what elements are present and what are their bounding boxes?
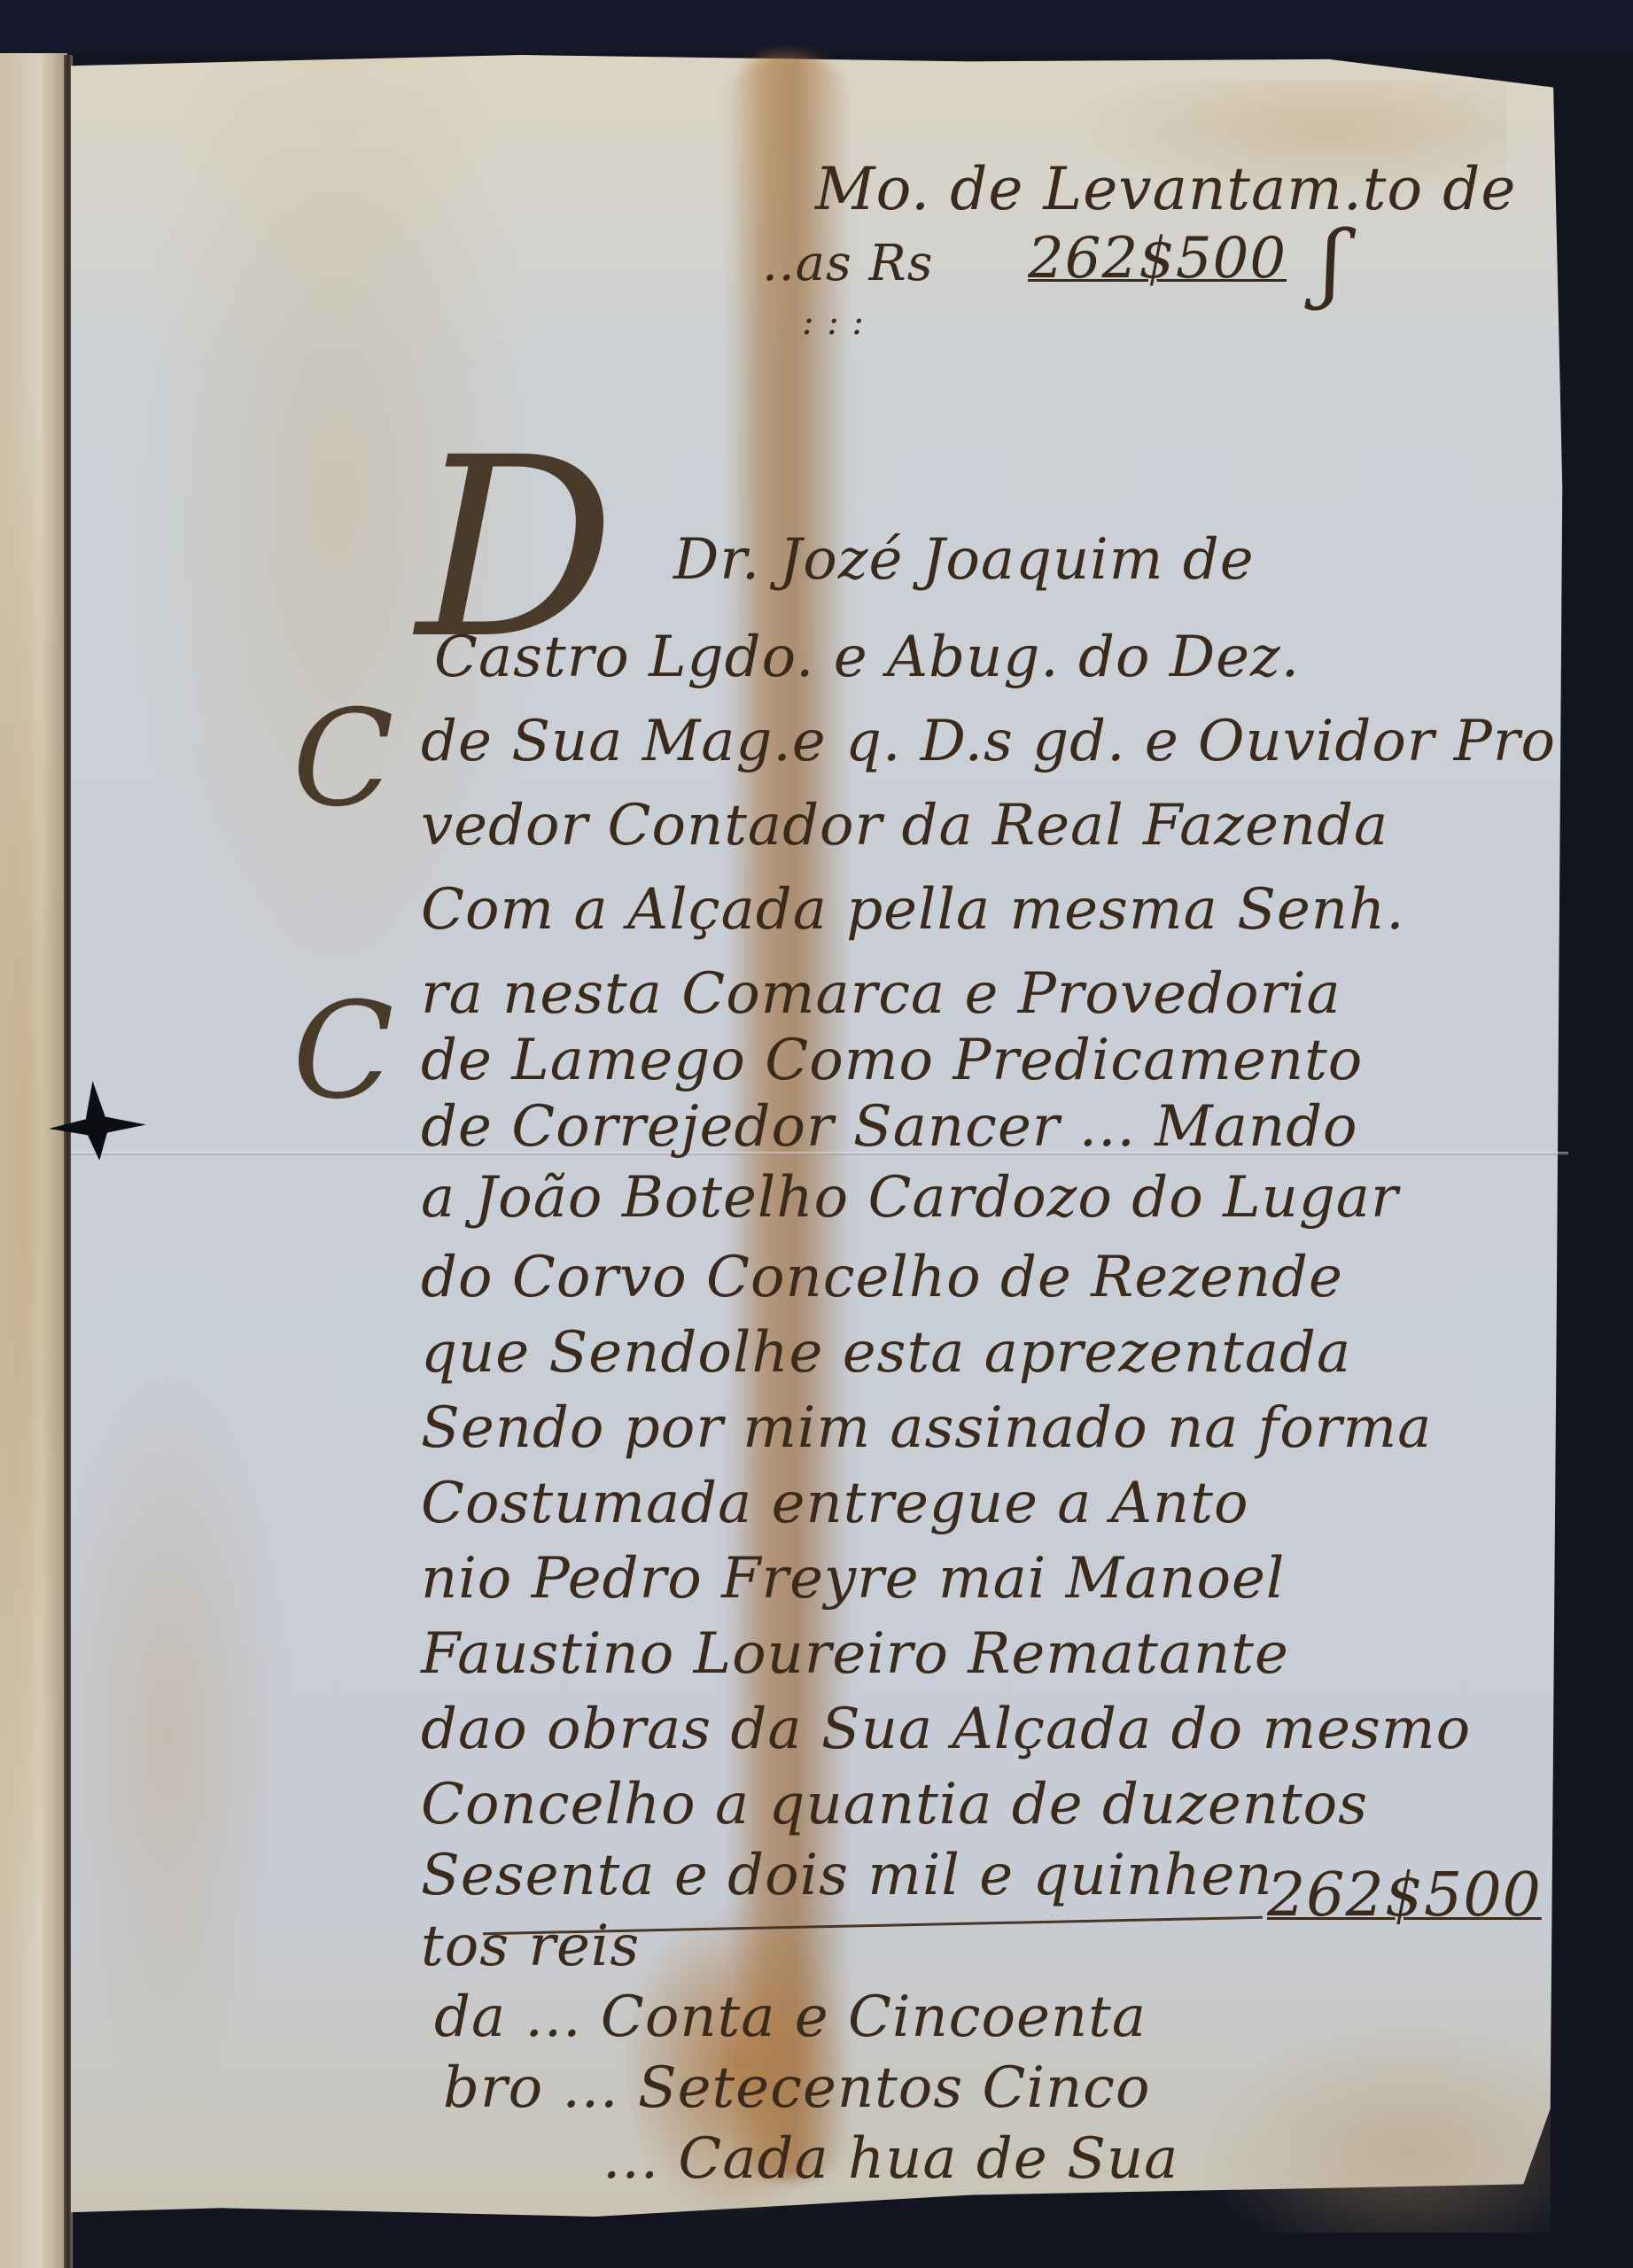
facing-page-stain [0, 372, 62, 1967]
body-line: a João Botelho Cardozo do Lugar [421, 1165, 1399, 1231]
dark-background-top [0, 0, 1633, 53]
body-line: Costumada entregue a Anto [421, 1471, 1248, 1536]
body-line: ra nesta Comarca e Provedoria [421, 961, 1341, 1027]
margin-flourish-icon: C [292, 682, 395, 836]
body-line: de Sua Mag.e q. D.s gd. e Ouvidor Pro [421, 709, 1556, 774]
header-currency: ..as Rs [762, 235, 933, 292]
body-line: Concelho a quantia de duzentos [421, 1772, 1368, 1837]
body-line: tos reis [421, 1914, 640, 1979]
body-line: da ... Conta e Cincoenta [434, 1984, 1147, 2050]
body-line: do Corvo Concelho de Rezende [421, 1245, 1343, 1310]
body-line: Com a Alçada pella mesma Senh. [421, 877, 1405, 943]
body-line: que Sendolhe esta aprezentada [421, 1320, 1351, 1386]
body-line: de Correjedor Sancer ... Mando [421, 1094, 1358, 1160]
body-amount: 262$500 [1267, 1860, 1542, 1930]
body-line: dao obras da Sua Alçada do mesmo [421, 1697, 1471, 1762]
body-line: Sendo por mim assinado na forma [421, 1395, 1432, 1461]
body-line: Castro Lgdo. e Abug. do Dez. [434, 625, 1300, 690]
body-line: de Lamego Como Predicamento [421, 1028, 1363, 1093]
body-line: Dr. Jozé Joaquim de [673, 527, 1255, 593]
body-line: Faustino Loureiro Rematante [421, 1621, 1289, 1687]
marginal-marks: : : : [802, 310, 865, 335]
body-line: nio Pedro Freyre mai Manoel [421, 1546, 1285, 1612]
body-line: Sesenta e dois mil e quinhen [421, 1843, 1273, 1908]
header-amount: 262$500 [1028, 226, 1287, 291]
header-title: Mo. de Levantam.to de [815, 155, 1516, 223]
body-line: ... Cada hua de Sua [603, 2126, 1178, 2192]
header-flourish-icon: ʃ [1320, 213, 1344, 312]
body-line: vedor Contador da Real Fazenda [421, 793, 1388, 858]
margin-flourish-icon: C [292, 975, 395, 1129]
body-line: bro ... Setecentos Cinco [443, 2055, 1151, 2121]
water-stain-bottom-right [1196, 2020, 1551, 2233]
